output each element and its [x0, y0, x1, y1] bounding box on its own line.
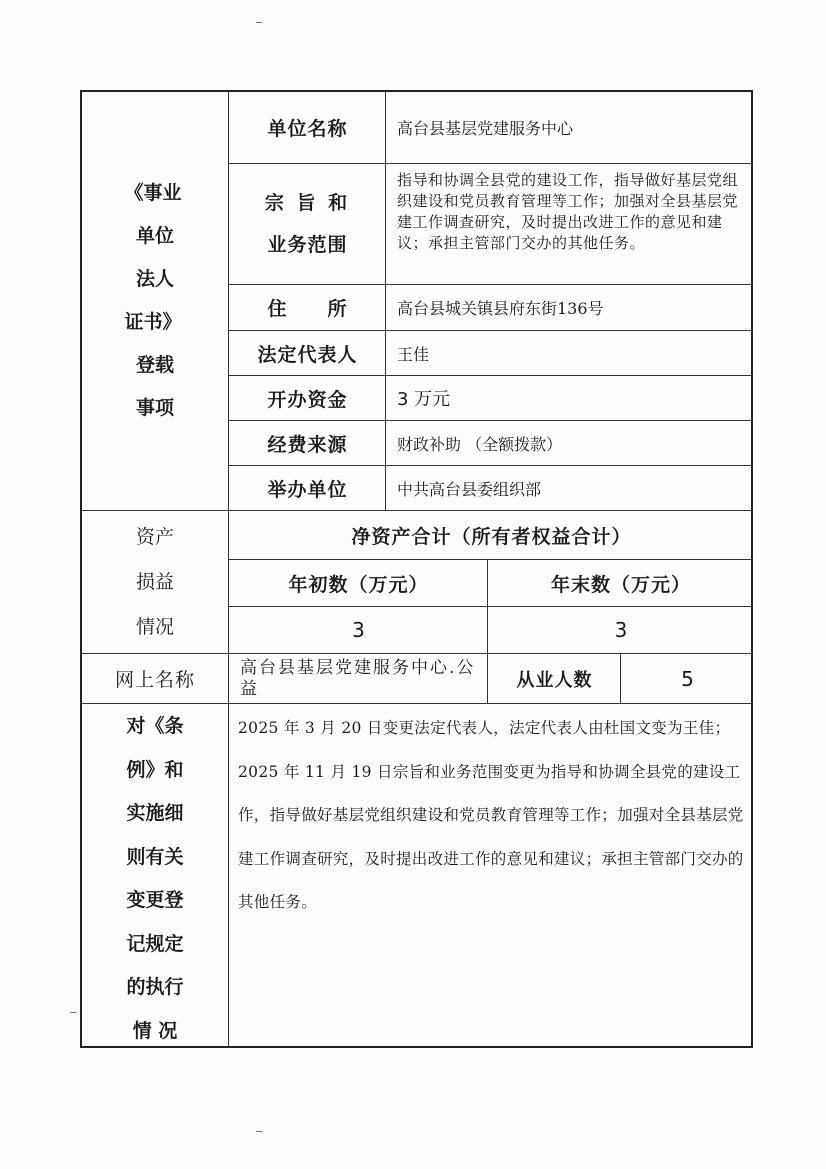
net-assets-header: 净资产合计（所有者权益合计） [230, 512, 753, 559]
scan-artifact [256, 22, 262, 23]
execution-details-text: 2025 年 3 月 20 日变更法定代表人，法定代表人由杜国文变为王佳；202… [230, 705, 753, 1048]
funding-source-label: 经费来源 [230, 421, 385, 465]
execution-section-title: 对《条 例》和 实施细 则有关 变更登 记规定 的执行 情 况 [82, 705, 228, 1048]
year-end-value: 3 [489, 607, 753, 653]
registration-table: 《事业 单位 法人 证书》 登载 事项 单位名称 高台县基层党建服务中心 宗 旨… [80, 90, 753, 1048]
unit-name-value: 高台县基层党建服务中心 [387, 92, 753, 163]
sponsor-unit-value: 中共高台县委组织部 [387, 466, 753, 510]
sponsor-unit-label: 举办单位 [230, 466, 385, 510]
address-value: 高台县城关镇县府东街136号 [387, 285, 753, 330]
unit-name-label: 单位名称 [230, 92, 385, 163]
online-name-value: 高台县基层党建服务中心.公益 [230, 654, 487, 703]
funding-source-value: 财政补助 （全额拨款） [387, 421, 753, 465]
year-start-value: 3 [230, 607, 487, 653]
scan-artifact [256, 1131, 262, 1132]
year-end-label: 年末数（万元） [489, 560, 753, 606]
scan-artifact [70, 1012, 76, 1013]
startup-funds-value: 3 万元 [387, 376, 753, 420]
purpose-scope-value: 指导和协调全县党的建设工作，指导做好基层党组织建设和党员教育管理等工作；加强对全… [387, 164, 753, 284]
staff-count-label: 从业人数 [489, 654, 620, 703]
startup-funds-label: 开办资金 [230, 376, 385, 420]
online-name-label: 网上名称 [82, 654, 228, 703]
address-label: 住 所 [230, 285, 385, 330]
purpose-scope-label: 宗 旨 和 业务范围 [230, 164, 385, 284]
year-start-label: 年初数（万元） [230, 560, 487, 606]
staff-count-value: 5 [622, 654, 753, 703]
legal-representative-value: 王佳 [387, 331, 753, 375]
legal-representative-label: 法定代表人 [230, 331, 385, 375]
assets-section-title: 资产 损益 情况 [82, 512, 228, 653]
document-page: 《事业 单位 法人 证书》 登载 事项 单位名称 高台县基层党建服务中心 宗 旨… [0, 0, 826, 1169]
registration-section-title: 《事业 单位 法人 证书》 登载 事项 [82, 92, 228, 510]
